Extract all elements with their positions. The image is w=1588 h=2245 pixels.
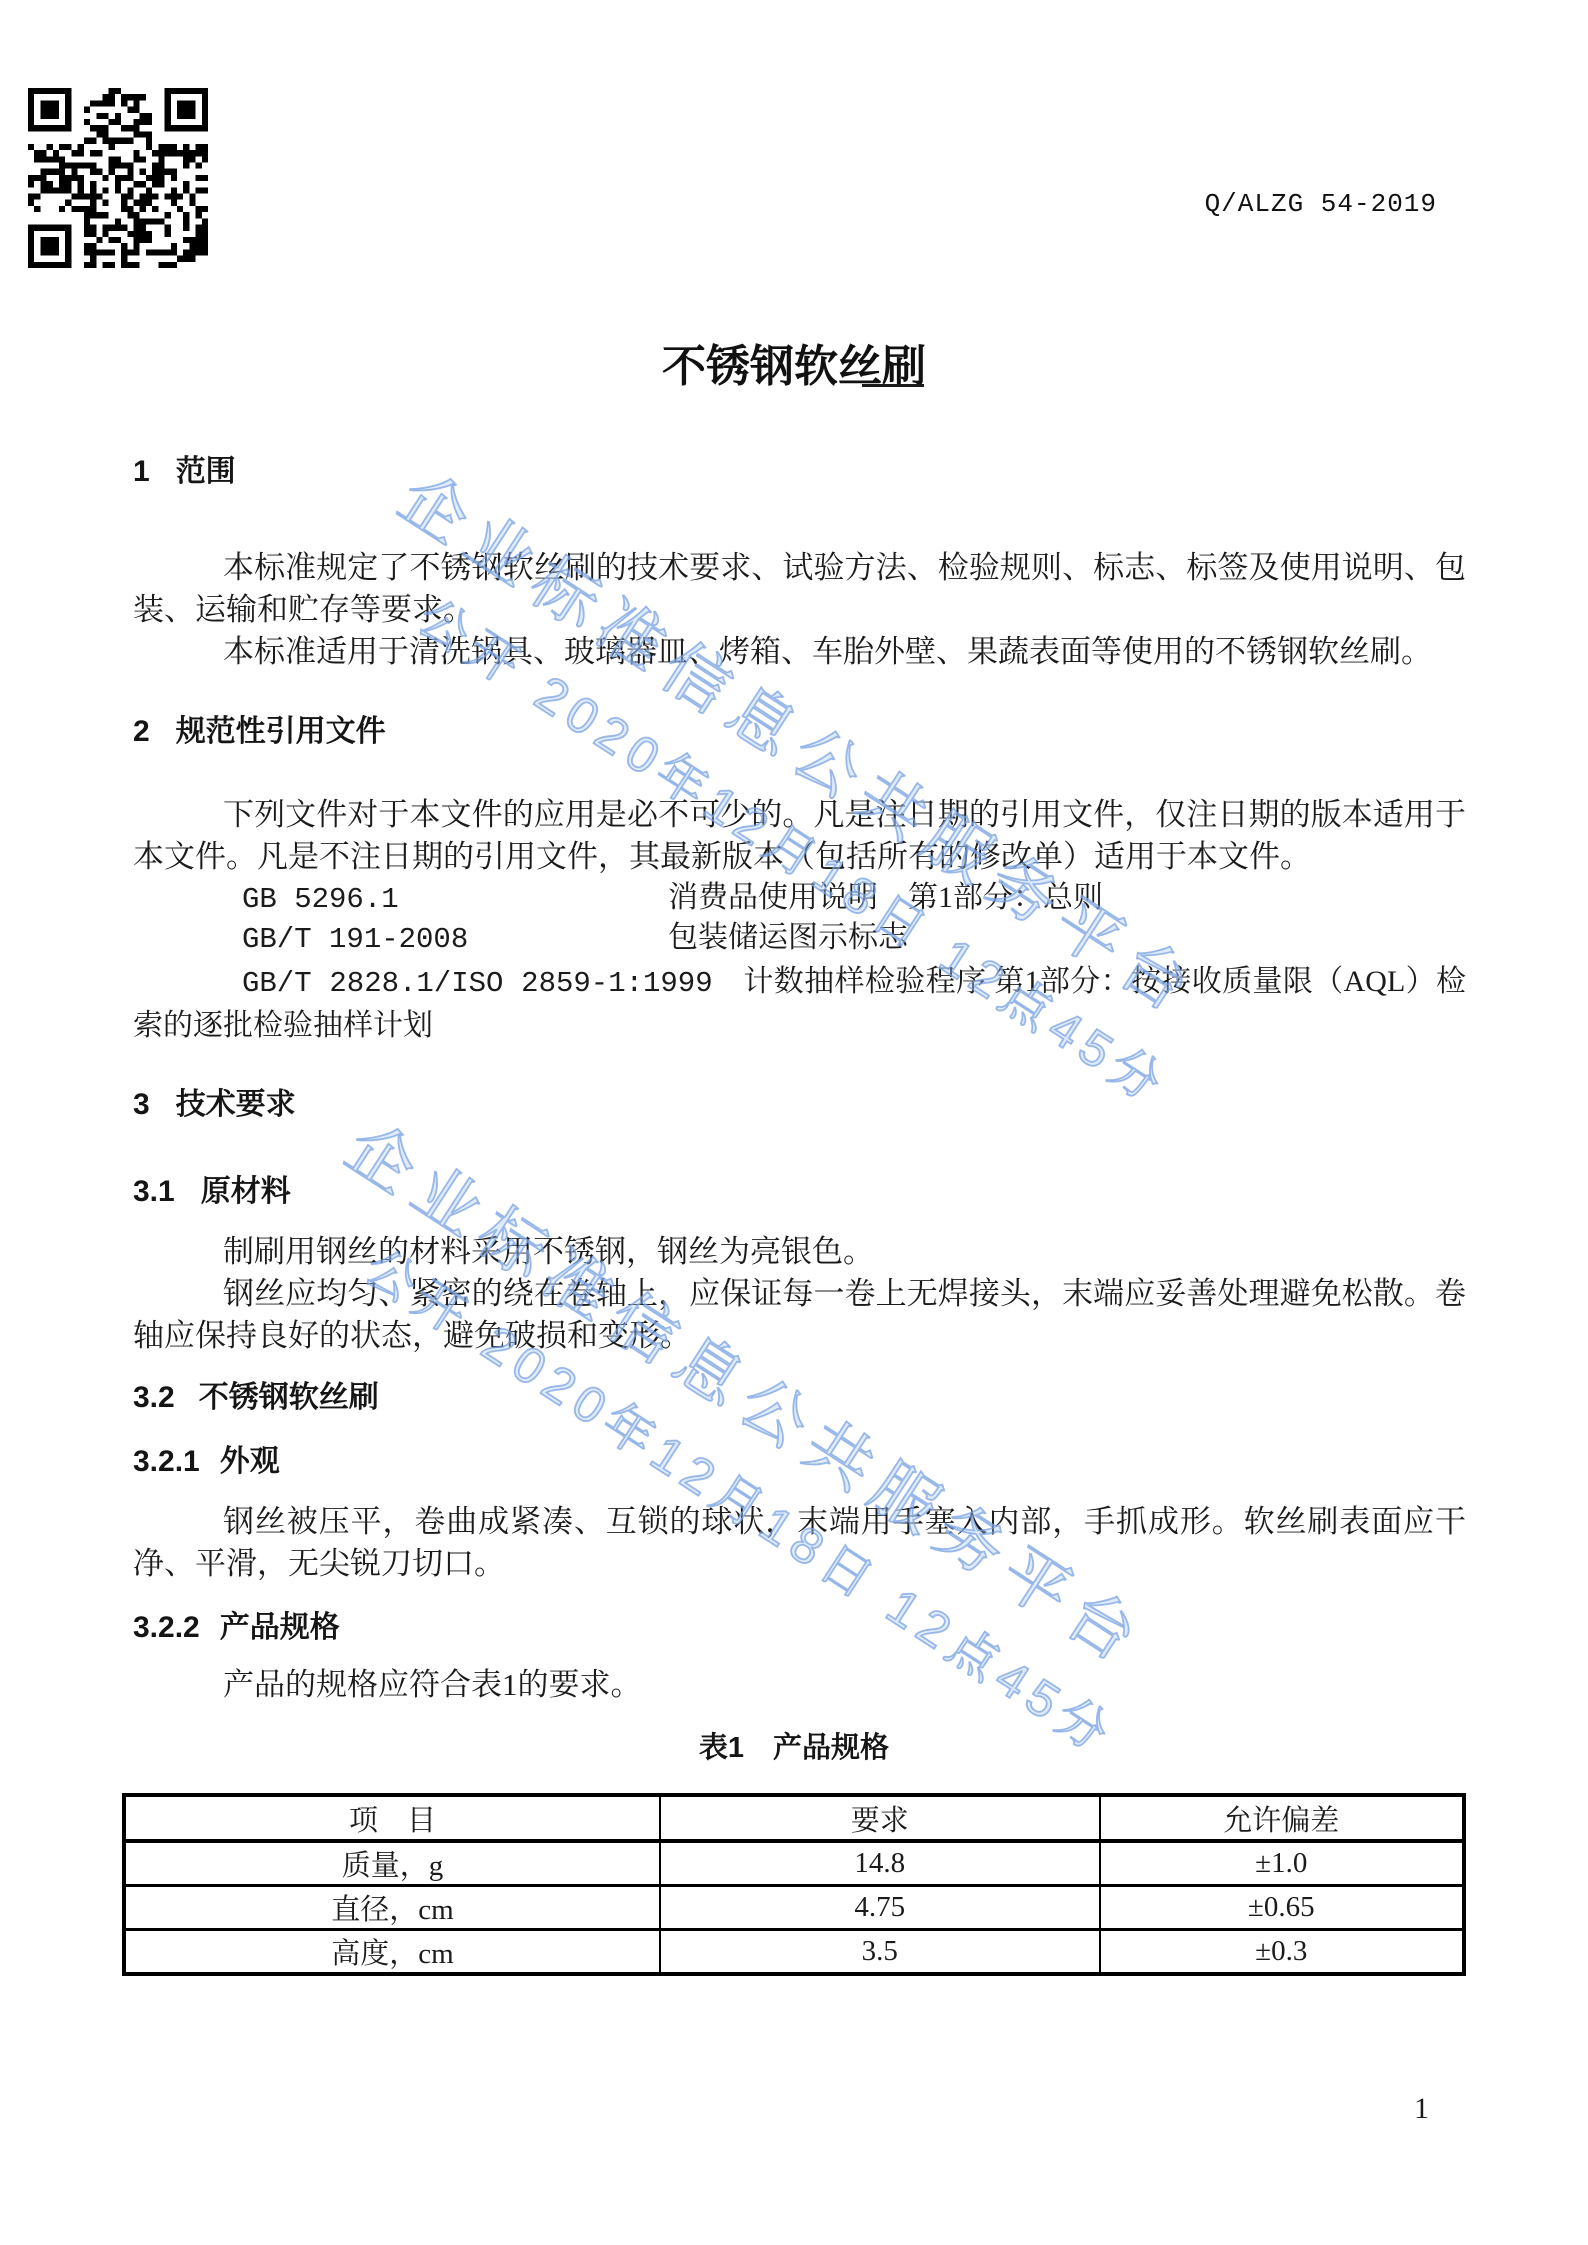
section-1-heading: 1范围 — [133, 451, 236, 493]
appearance-paragraph: 钢丝被压平，卷曲成紧凑、互锁的球状，末端用手塞入内部，手抓成形。软丝刷表面应干净… — [133, 1501, 1466, 1585]
section-label: 原材料 — [201, 1175, 291, 1208]
table-cell: 4.75 — [660, 1886, 1100, 1930]
table-cell: 14.8 — [660, 1841, 1100, 1886]
standard-number: Q/ALZG 54-2019 — [1205, 189, 1437, 219]
section-3-2-1-heading: 3.2.1外观 — [133, 1441, 280, 1483]
section-3-1-heading: 3.1原材料 — [133, 1171, 291, 1213]
table-caption: 表1 产品规格 — [122, 1727, 1466, 1769]
reference-code: GB/T 2828.1/ISO 2859-1:1999 — [242, 967, 713, 1000]
table-cell: ±1.0 — [1100, 1841, 1464, 1886]
page-number: 1 — [1414, 2092, 1429, 2126]
table-header-tolerance: 允许偏差 — [1100, 1795, 1464, 1841]
table-header-requirement: 要求 — [660, 1795, 1100, 1841]
reference-gap — [713, 965, 744, 998]
section-number: 3.1 — [133, 1171, 175, 1213]
section-label: 产品规格 — [220, 1611, 340, 1644]
table-cell: 直径，cm — [124, 1886, 660, 1930]
section-label: 技术要求 — [176, 1088, 296, 1121]
table-header-item: 项 目 — [124, 1795, 660, 1841]
reference-code: GB 5296.1 — [242, 879, 668, 921]
table-header-row: 项 目 要求 允许偏差 — [124, 1795, 1464, 1841]
section-label: 不锈钢软丝刷 — [199, 1381, 379, 1414]
table-cell: 质量，g — [124, 1841, 660, 1886]
references-intro-paragraph: 下列文件对于本文件的应用是必不可少的。凡是注日期的引用文件，仅注日期的版本适用于… — [133, 794, 1466, 878]
table-row: 高度，cm 3.5 ±0.3 — [124, 1930, 1464, 1975]
section-number: 2 — [133, 711, 150, 753]
table-cell: ±0.3 — [1100, 1930, 1464, 1975]
reference-item: GB 5296.1消费品使用说明 第1部分：总则 — [242, 877, 1466, 921]
title-underline-mark — [862, 384, 924, 387]
reference-item: GB/T 191-2008包装储运图示标志 — [242, 917, 1466, 961]
section-3-2-heading: 3.2不锈钢软丝刷 — [133, 1377, 379, 1419]
section-label: 外观 — [220, 1445, 280, 1478]
qr-code — [28, 88, 208, 268]
section-number: 3.2.1 — [133, 1441, 200, 1483]
reference-desc: 包装储运图示标志 — [668, 921, 908, 954]
raw-material-paragraph-1: 制刷用钢丝的材料采用不锈钢，钢丝为亮银色。 — [133, 1231, 1466, 1273]
table-cell: ±0.65 — [1100, 1886, 1464, 1930]
section-label: 规范性引用文件 — [176, 715, 386, 748]
page-title: 不锈钢软丝刷 — [0, 330, 1588, 394]
section-3-2-2-heading: 3.2.2产品规格 — [133, 1607, 340, 1649]
section-2-heading: 2规范性引用文件 — [133, 711, 386, 753]
section-number: 3 — [133, 1084, 150, 1126]
product-spec-table: 项 目 要求 允许偏差 质量，g 14.8 ±1.0 直径，cm 4.75 ±0… — [122, 1793, 1466, 1976]
table-cell: 3.5 — [660, 1930, 1100, 1975]
scope-paragraph-1: 本标准规定了不锈钢软丝刷的技术要求、试验方法、检验规则、标志、标签及使用说明、包… — [133, 547, 1466, 631]
watermark-platform-text: 企业标准信息公共服务平台 — [334, 1108, 1182, 1695]
section-number: 3.2 — [133, 1377, 175, 1419]
spec-intro-paragraph: 产品的规格应符合表1的要求。 — [133, 1664, 1466, 1706]
table-row: 直径，cm 4.75 ±0.65 — [124, 1886, 1464, 1930]
section-number: 1 — [133, 451, 150, 493]
table-row: 质量，g 14.8 ±1.0 — [124, 1841, 1464, 1886]
table-cell: 高度，cm — [124, 1930, 660, 1975]
raw-material-paragraph-2: 钢丝应均匀、紧密的绕在卷轴上，应保证每一卷上无焊接头，末端应妥善处理避免松散。卷… — [133, 1273, 1466, 1357]
reference-code: GB/T 191-2008 — [242, 919, 668, 961]
section-label: 范围 — [176, 455, 236, 488]
reference-item: GB/T 2828.1/ISO 2859-1:1999 计数抽样检验程序 第1部… — [133, 961, 1466, 1047]
watermark-gap — [511, 690, 531, 703]
section-3-heading: 3技术要求 — [133, 1084, 296, 1126]
scope-paragraph-2: 本标准适用于清洗锅具、玻璃器皿、烤箱、车胎外壁、果蔬表面等使用的不锈钢软丝刷。 — [133, 631, 1466, 673]
section-number: 3.2.2 — [133, 1607, 200, 1649]
qr-code-svg — [28, 88, 208, 268]
standard-document-page: Q/ALZG 54-2019 不锈钢软丝刷 企业标准信息公共服务平台 公开202… — [0, 0, 1588, 2245]
reference-desc: 消费品使用说明 第1部分：总则 — [668, 881, 1103, 914]
